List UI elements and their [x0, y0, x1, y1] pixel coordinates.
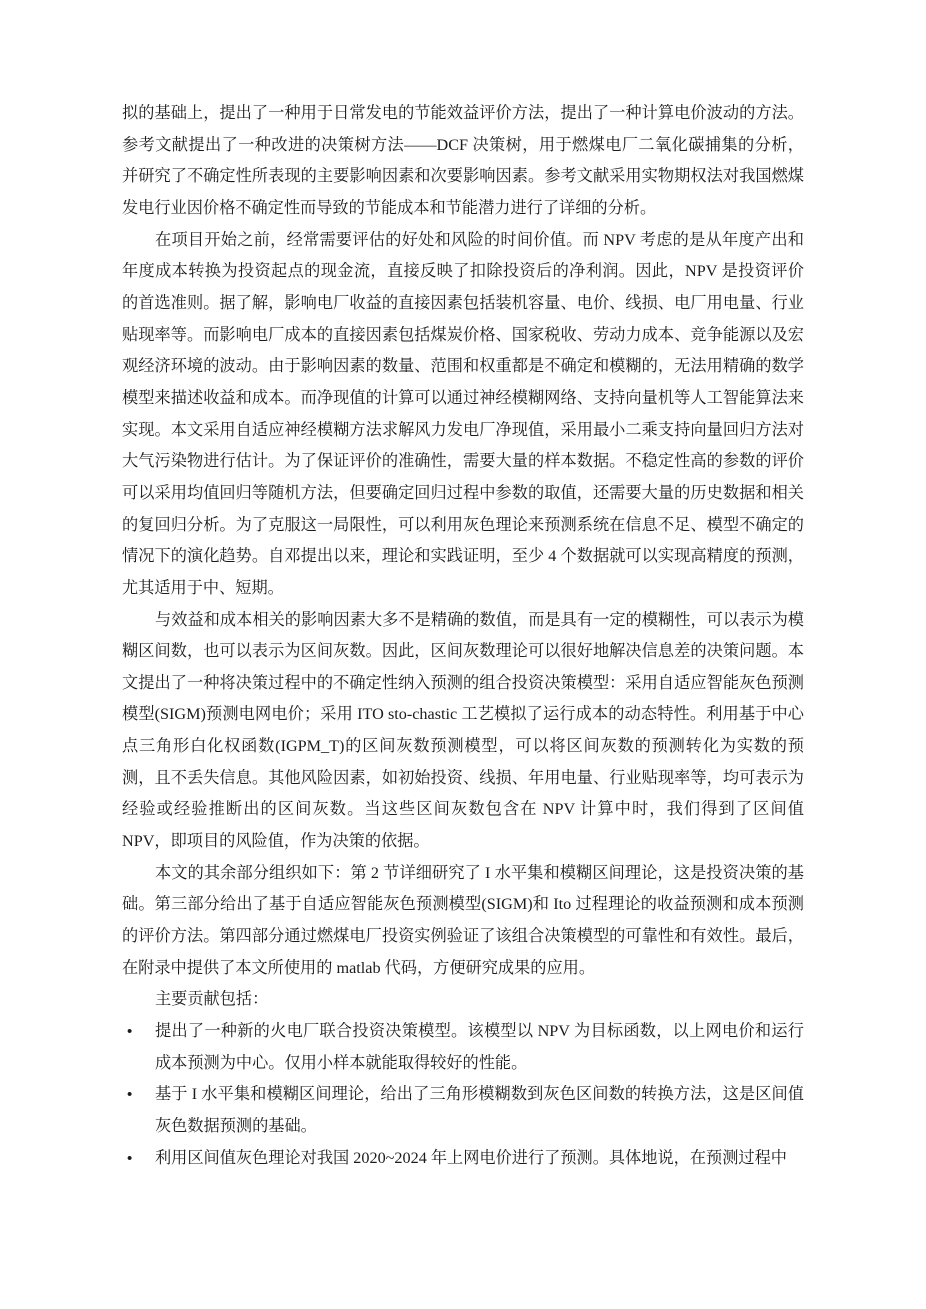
- bullet-item-1: • 提出了一种新的火电厂联合投资决策模型。该模型以 NPV 为目标函数，以上网电…: [122, 1016, 804, 1079]
- bullet-marker-icon: •: [127, 1143, 132, 1175]
- bullet-marker-icon: •: [127, 1016, 132, 1048]
- bullet-marker-icon: •: [127, 1079, 132, 1111]
- bullet-text-2: 基于 I 水平集和模糊区间理论，给出了三角形模糊数到灰色区间数的转换方法，这是区…: [155, 1085, 804, 1135]
- document-page: 拟的基础上，提出了一种用于日常发电的节能效益评价方法，提出了一种计算电价波动的方…: [0, 0, 926, 1309]
- paragraph-grey-interval-model: 与效益和成本相关的影响因素大多不是精确的数值，而是具有一定的模糊性，可以表示为模…: [122, 605, 804, 858]
- bullet-item-3: • 利用区间值灰色理论对我国 2020~2024 年上网电价进行了预测。具体地说…: [122, 1143, 804, 1175]
- paragraph-npv-background: 在项目开始之前，经常需要评估的好处和风险的时间价值。而 NPV 考虑的是从年度产…: [122, 225, 804, 605]
- bullet-text-1: 提出了一种新的火电厂联合投资决策模型。该模型以 NPV 为目标函数，以上网电价和…: [155, 1022, 804, 1072]
- paragraph-structure-overview: 本文的其余部分组织如下：第 2 节详细研究了 I 水平集和模糊区间理论，这是投资…: [122, 858, 804, 985]
- page-text-block: 拟的基础上，提出了一种用于日常发电的节能效益评价方法，提出了一种计算电价波动的方…: [122, 98, 804, 1174]
- bullet-text-3: 利用区间值灰色理论对我国 2020~2024 年上网电价进行了预测。具体地说，在…: [155, 1149, 787, 1167]
- paragraph-intro-continuation: 拟的基础上，提出了一种用于日常发电的节能效益评价方法，提出了一种计算电价波动的方…: [122, 98, 804, 225]
- bullet-item-2: • 基于 I 水平集和模糊区间理论，给出了三角形模糊数到灰色区间数的转换方法，这…: [122, 1079, 804, 1142]
- paragraph-contributions-heading: 主要贡献包括：: [122, 984, 804, 1016]
